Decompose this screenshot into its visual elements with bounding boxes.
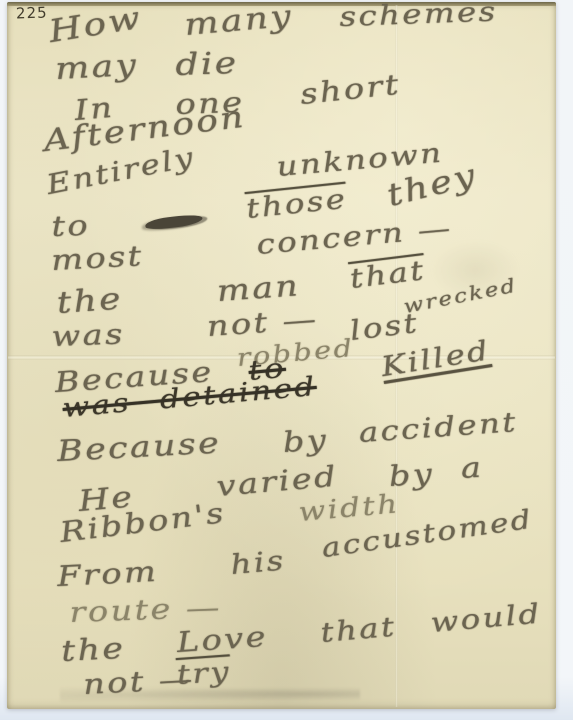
handwritten-word: was [51, 317, 125, 353]
handwritten-word: the [56, 281, 124, 321]
handwritten-word: by [282, 423, 329, 459]
handwritten-word: the [60, 631, 126, 668]
handwritten-word: may [54, 48, 139, 87]
handwritten-word: would [429, 598, 543, 639]
handwritten-word: by [388, 457, 435, 493]
manuscript-scan: 225 HowmanyschemesmaydieInoneshortAftern… [0, 0, 573, 720]
handwritten-word: his [229, 545, 287, 581]
handwritten-word: die [175, 46, 239, 83]
handwritten-word: man [216, 268, 302, 308]
handwritten-word: How [46, 0, 144, 50]
handwritten-word: schemes [339, 0, 498, 33]
handwritten-word: accident [358, 407, 519, 449]
handwritten-word: short [299, 68, 403, 111]
handwritten-word: most [50, 239, 144, 277]
handwritten-word: that [348, 255, 427, 295]
handwritten-word: not — [206, 302, 320, 343]
pencil-blot [145, 213, 204, 231]
handwritten-word: Killed [379, 335, 492, 383]
handwritten-word: width [297, 489, 401, 528]
handwritten-word: many [183, 0, 294, 43]
handwritten-word: that [319, 612, 397, 649]
handwritten-word: lost [348, 308, 420, 347]
handwritten-word: those [245, 184, 349, 225]
handwritten-word: try [176, 656, 232, 691]
handwritten-word: Because [56, 425, 222, 468]
handwriting-layer: HowmanyschemesmaydieInoneshortAfternoonE… [0, 0, 573, 720]
handwritten-word: a [460, 451, 485, 485]
handwritten-word: Love [176, 620, 269, 659]
handwritten-word: to [51, 209, 91, 243]
handwritten-word: route — [69, 591, 222, 629]
handwritten-word: From [56, 555, 159, 593]
